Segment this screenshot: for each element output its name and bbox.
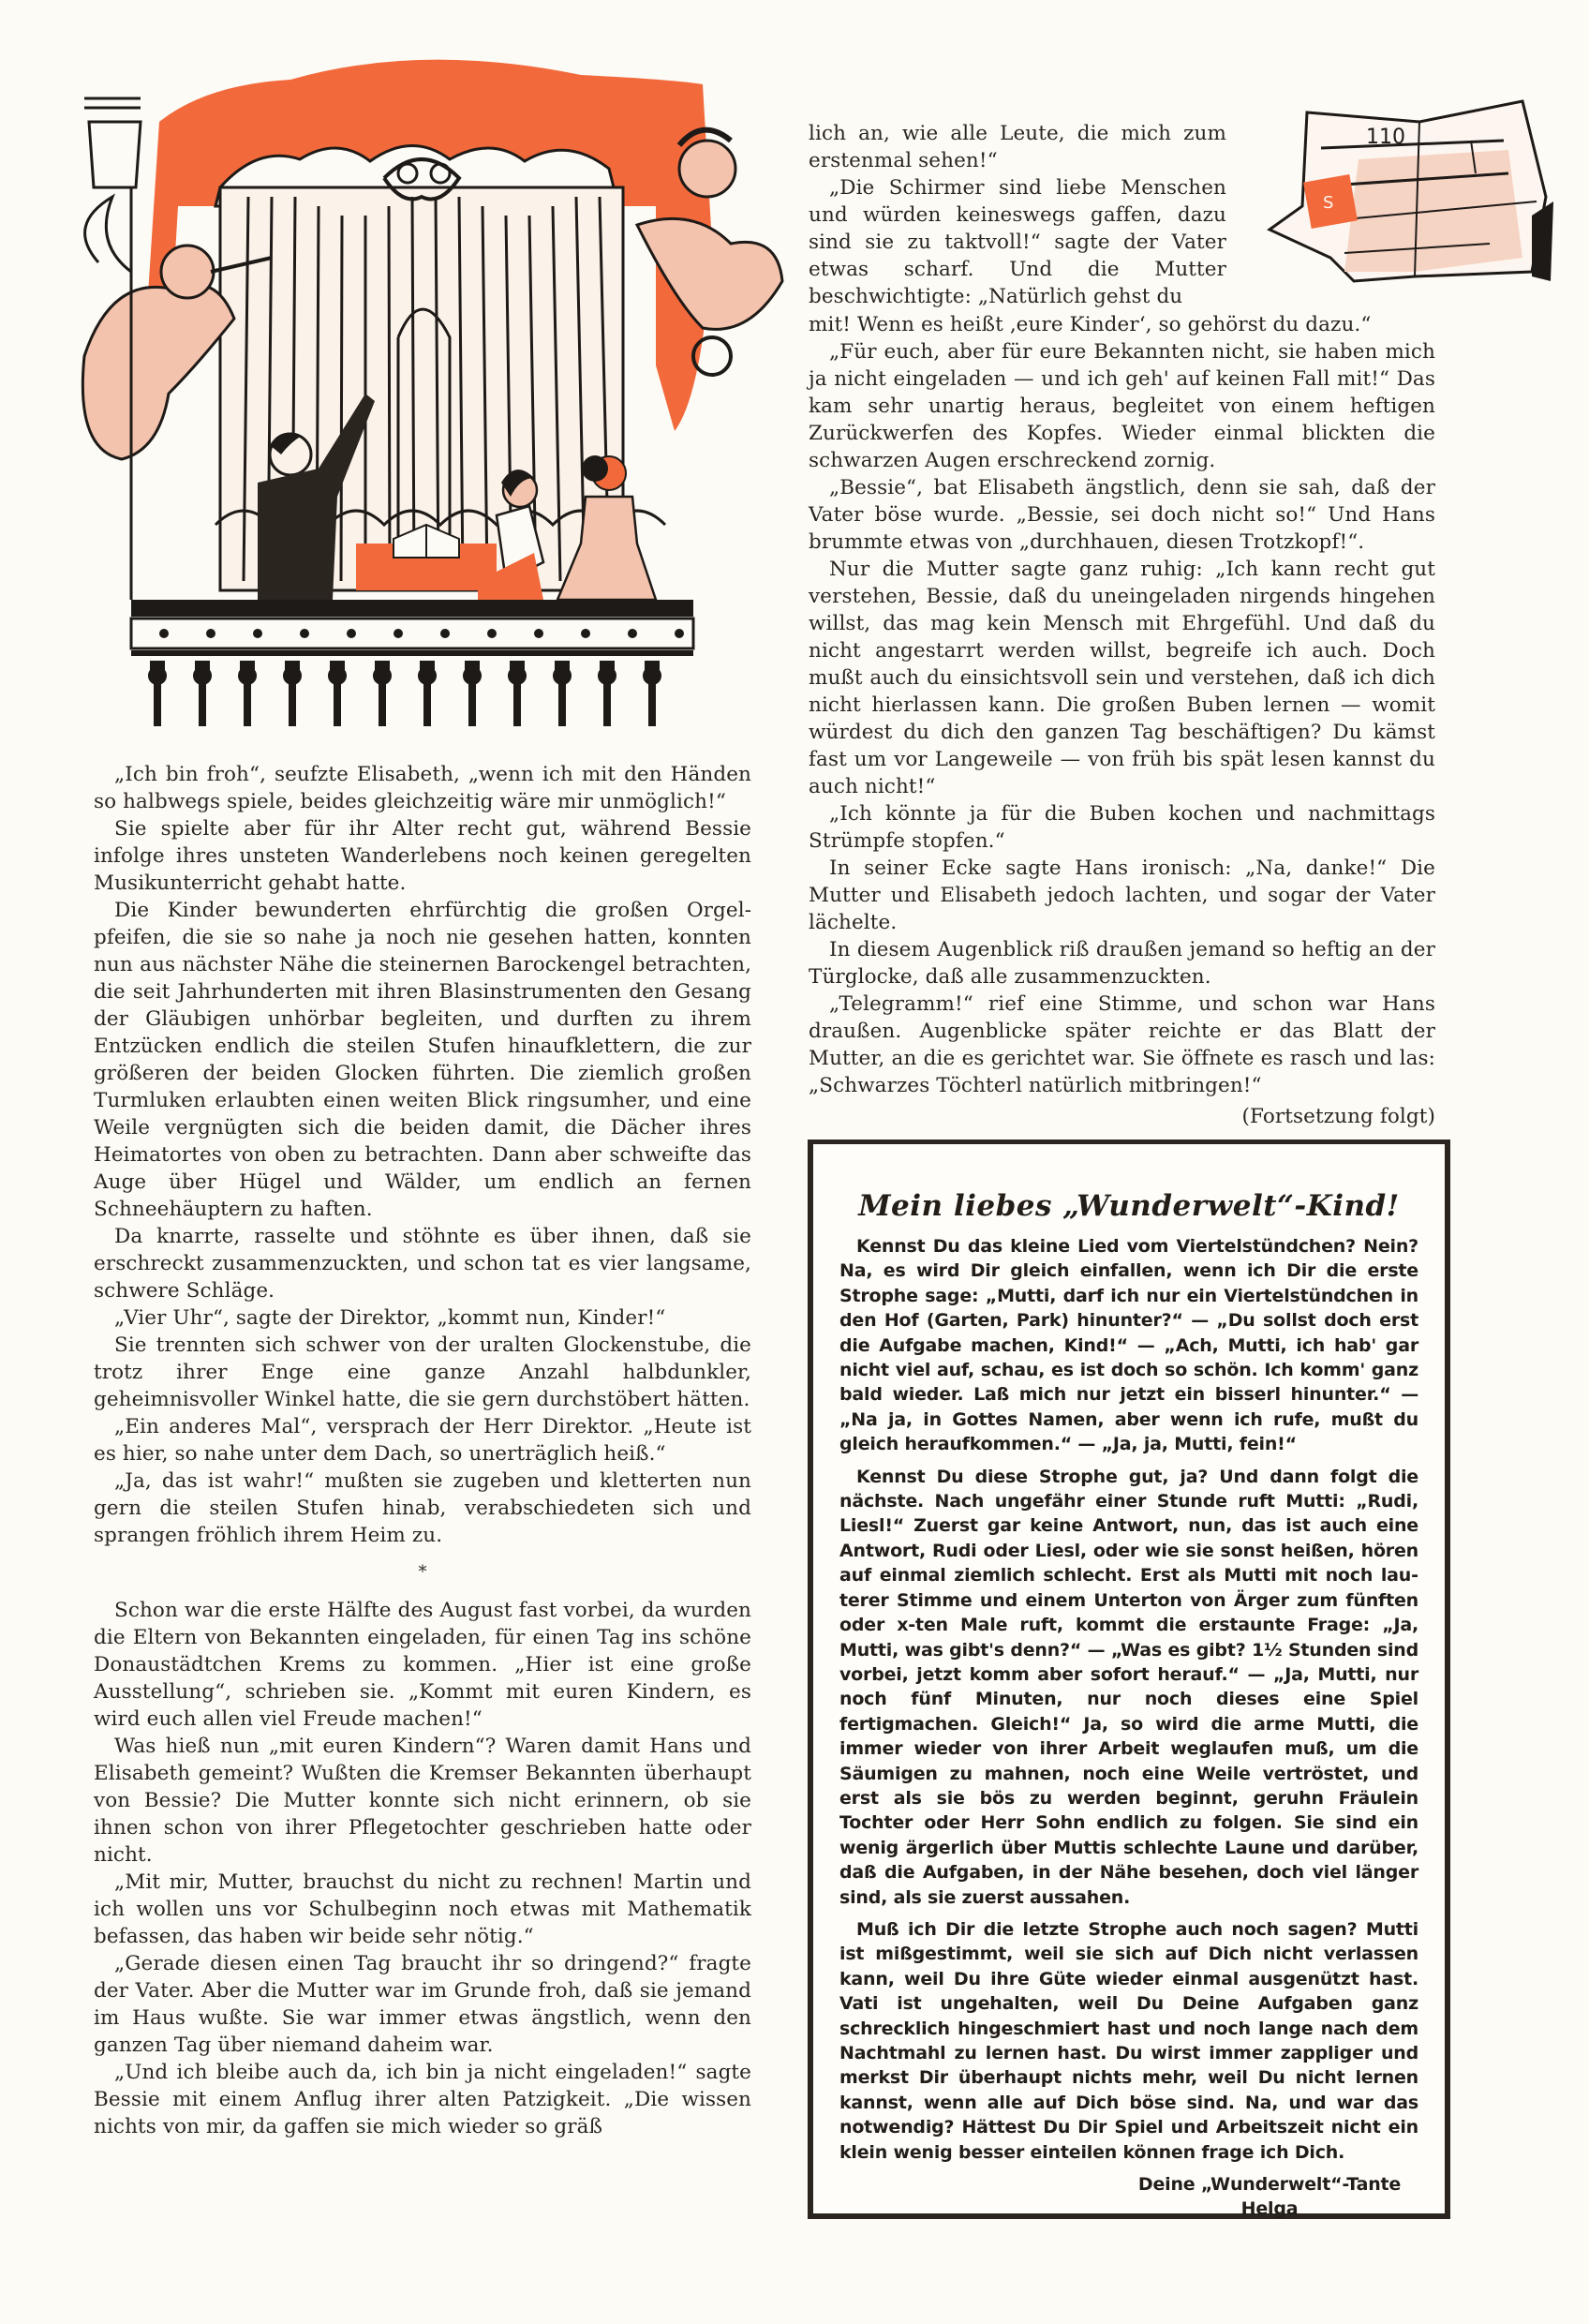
story-right-top: lich an, wie alle Leute, die mich zum er… <box>809 120 1226 310</box>
signature-line: Deine „Wunderwelt“-Tante <box>1121 2172 1418 2197</box>
letter-title: Mein liebes „Wunderwelt“-Kind! <box>813 1189 1445 1223</box>
letter-box: Mein liebes „Wunderwelt“-Kind! Kennst Du… <box>808 1140 1450 2219</box>
story-paragraph: Da knarrte, rasselte und stöhnte es über… <box>94 1223 751 1304</box>
letter-signature: Deine „Wunderwelt“-Tante Helga <box>1121 2172 1418 2221</box>
letter-paragraph: Kennst Du diese Strophe gut, ja? Und dan… <box>839 1465 1418 1910</box>
letter-paragraph: Kennst Du das kleine Lied vom Viertelstü… <box>839 1234 1418 1457</box>
story-paragraph: „Mit mir, Mutter, brauchst du nicht zu r… <box>94 1869 751 1950</box>
story-paragraph: „Ich bin froh“, seufzte Elisabeth, „wenn… <box>94 761 751 815</box>
story-paragraph: Schon war die erste Hälfte des August fa… <box>94 1597 751 1733</box>
story-paragraph: Sie trennten sich schwer von der uralten… <box>94 1332 751 1413</box>
letter-paragraph: Muß ich Dir die letzte Strophe auch noch… <box>839 1917 1418 2165</box>
story-paragraph: Nur die Mutter sagte ganz ruhig: „Ich ka… <box>809 556 1435 800</box>
story-paragraph: „Und ich bleibe auch da, ich bin ja nich… <box>94 2059 751 2140</box>
story-paragraph: Was hieß nun „mit euren Kindern“? Waren … <box>94 1733 751 1869</box>
story-paragraph: Sie spielte aber für ihr Alter recht gut… <box>94 815 751 897</box>
story-paragraph: „Bessie“, bat Elisabeth ängstlich, denn … <box>809 474 1435 556</box>
story-paragraph: In seiner Ecke sagte Hans ironisch: „Na,… <box>809 855 1435 936</box>
telegram-number: 110 <box>1366 126 1405 149</box>
continued-label: (Fortsetzung folgt) <box>809 1103 1435 1130</box>
story-paragraph: „Gerade diesen einen Tag braucht ihr so … <box>94 1950 751 2059</box>
telegram-illustration: 110 S <box>1255 94 1555 319</box>
story-paragraph: „Die Schirmer sind liebe Men­schen und w… <box>809 174 1226 310</box>
svg-text:S: S <box>1323 193 1333 213</box>
story-paragraph: mit! Wenn es heißt ‚eure Kinder‘, so geh… <box>809 311 1435 338</box>
story-paragraph: lich an, wie alle Leute, die mich zum er… <box>809 120 1226 174</box>
story-paragraph: „Vier Uhr“, sagte der Direktor, „kommt n… <box>94 1304 751 1332</box>
story-left-column: „Ich bin froh“, seufzte Elisabeth, „wenn… <box>94 761 751 2140</box>
letter-body: Kennst Du das kleine Lied vom Viertelstü… <box>839 1234 1418 2221</box>
organ-loft-illustration <box>56 56 787 731</box>
story-paragraph: „Telegramm!“ rief eine Stimme, und schon… <box>809 991 1435 1099</box>
story-paragraph: Die Kinder bewunderten ehrfürchtig die g… <box>94 897 751 1223</box>
story-paragraph: „Ich könnte ja für die Buben kochen und … <box>809 800 1435 855</box>
story-paragraph: „Ein anderes Mal“, versprach der Herr Di… <box>94 1413 751 1467</box>
story-paragraph: „Für euch, aber für eure Bekannten nicht… <box>809 338 1435 474</box>
story-paragraph: „Ja, das ist wahr!“ mußten sie zugeben u… <box>94 1467 751 1549</box>
story-paragraph: In diesem Augenblick riß draußen jemand … <box>809 936 1435 991</box>
story-right-column: mit! Wenn es heißt ‚eure Kinder‘, so geh… <box>809 311 1435 1130</box>
section-break: * <box>94 1558 751 1586</box>
signature-name: Helga <box>1121 2197 1418 2221</box>
